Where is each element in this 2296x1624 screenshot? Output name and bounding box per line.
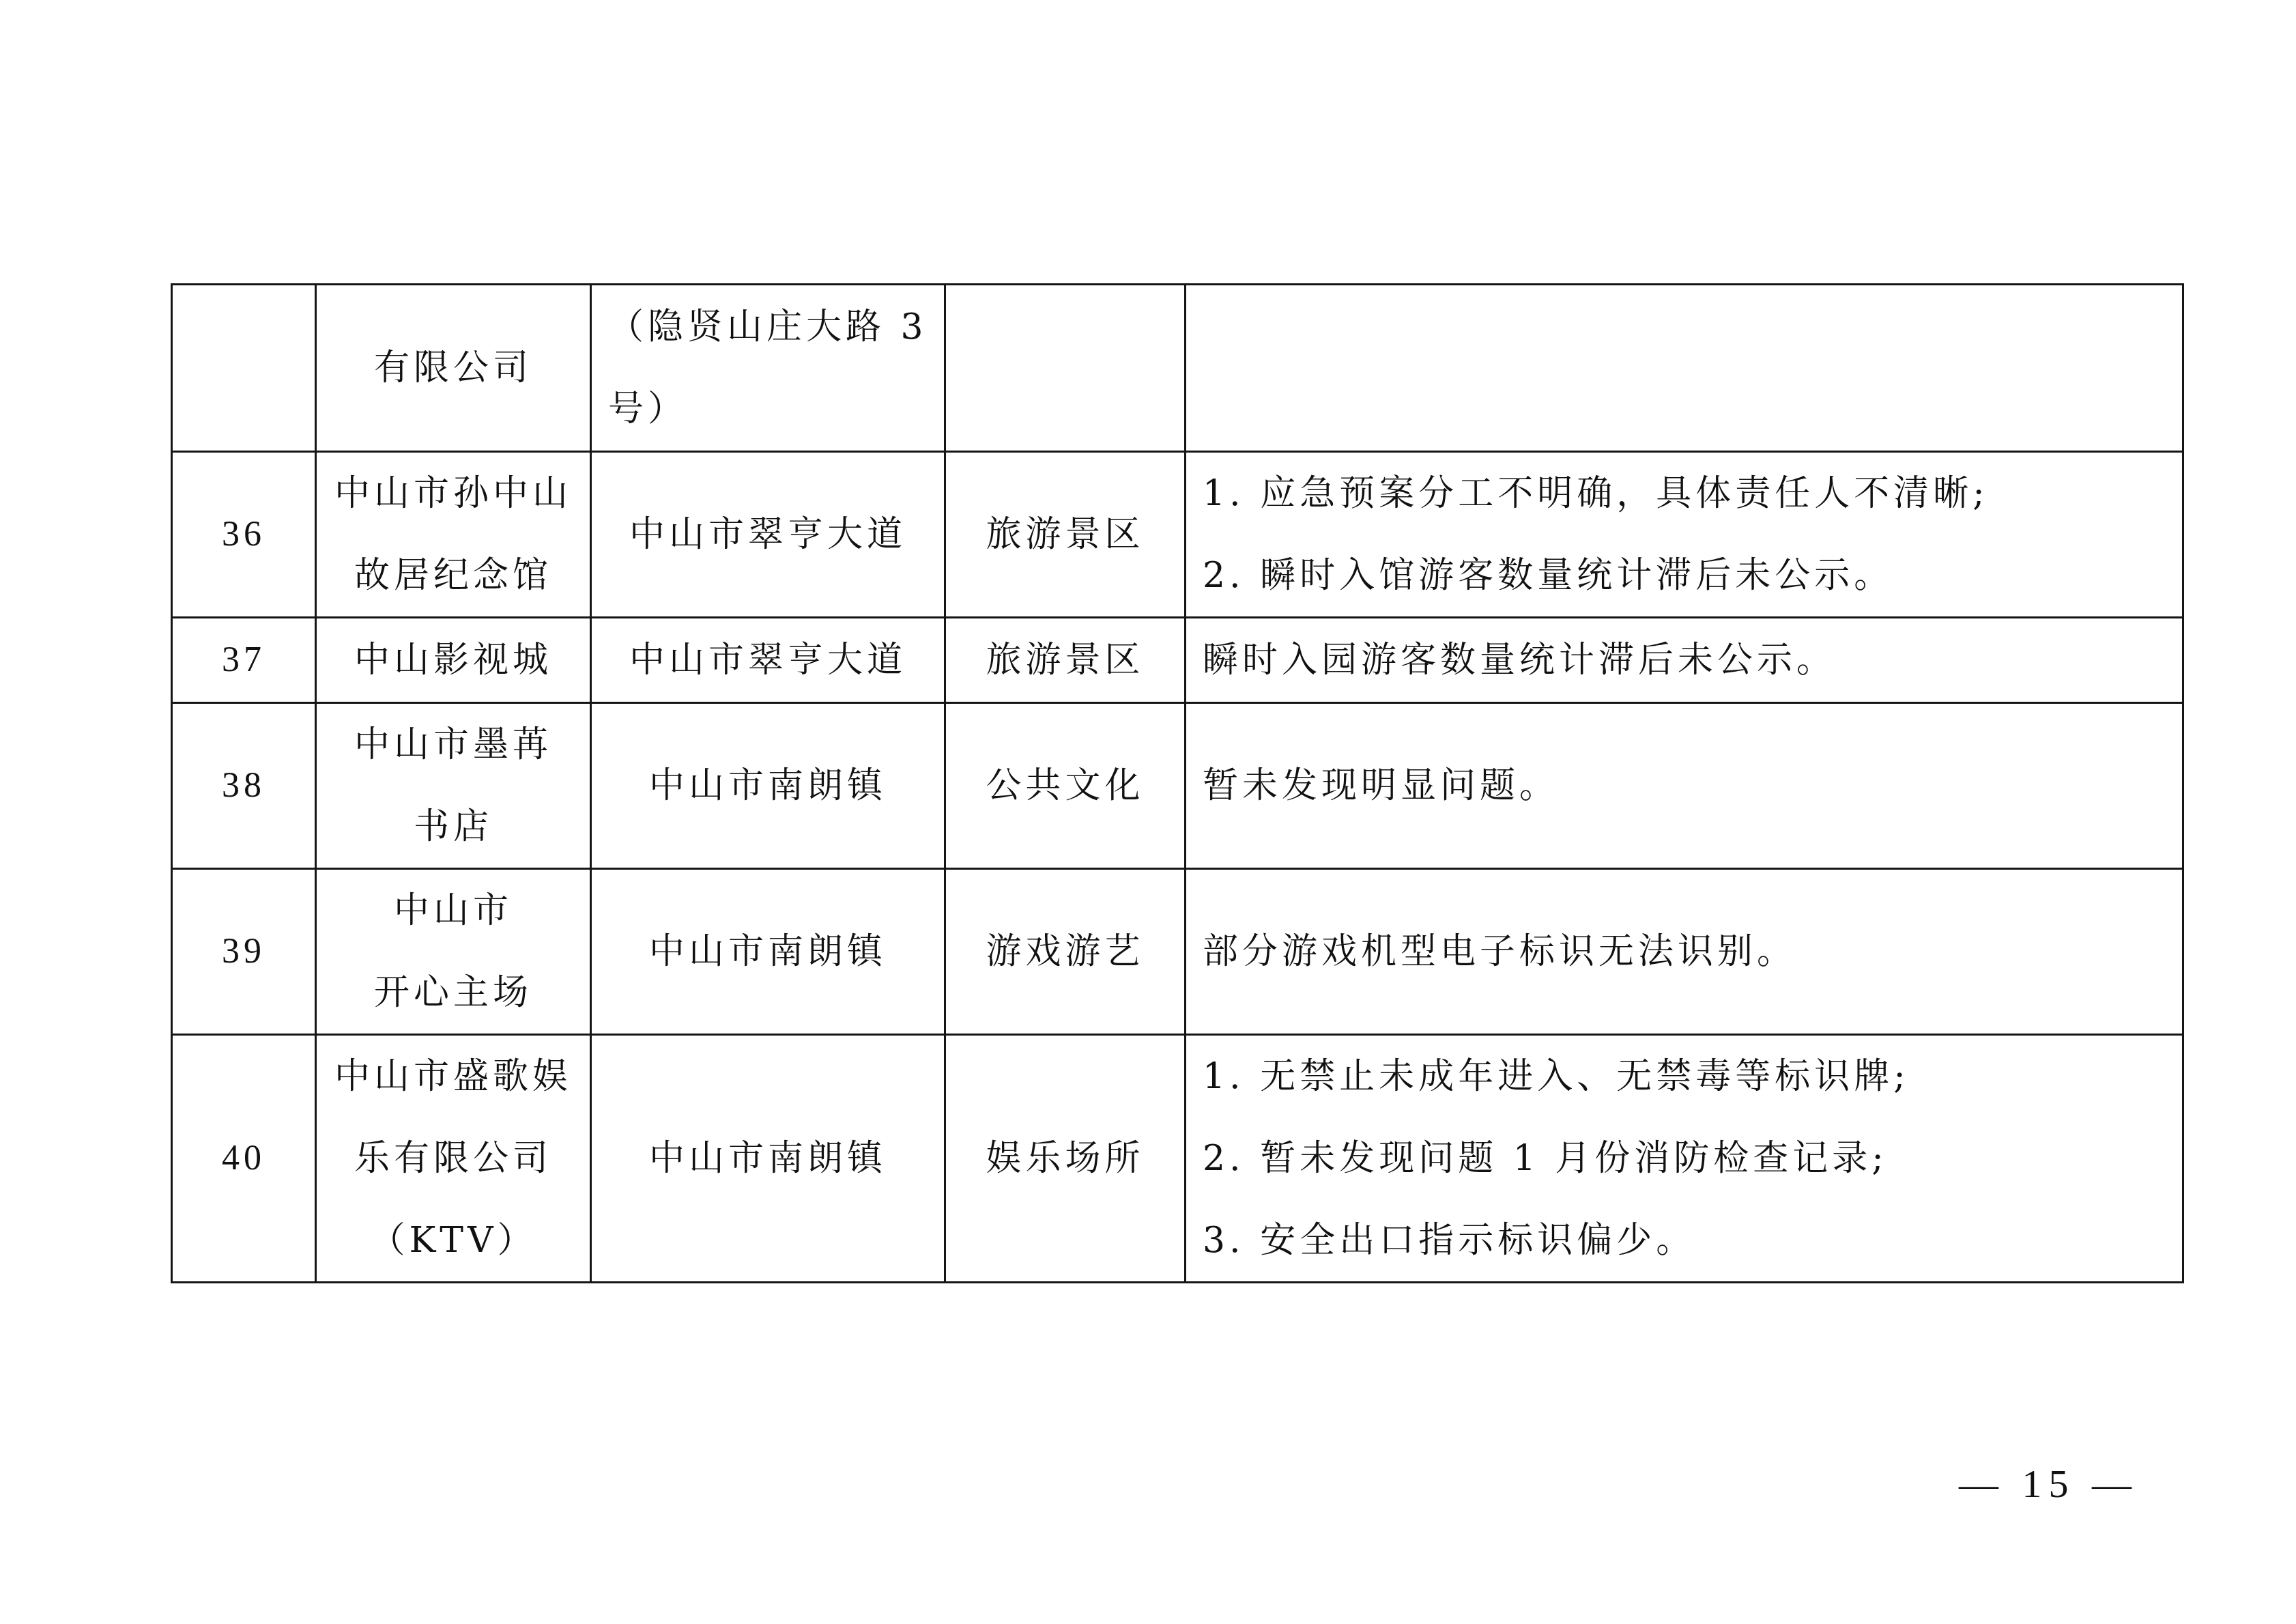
- cell-venue-name: 中山市墨苒 书店: [316, 703, 591, 869]
- issue-line: 暂未发现明显问题。: [1203, 745, 2166, 827]
- cell-category: 游戏游艺: [945, 869, 1186, 1035]
- page-number: — 15 —: [1959, 1461, 2138, 1507]
- issue-line: 2. 暂未发现问题 1 月份消防检查记录;: [1203, 1117, 2166, 1199]
- cell-address: 中山市南朗镇: [591, 1035, 945, 1283]
- address-line: 中山市翠亨大道: [608, 494, 928, 575]
- cell-category: 娱乐场所: [945, 1035, 1186, 1283]
- cell-issues: 瞬时入园游客数量统计滞后未公示。: [1186, 618, 2183, 703]
- cell-venue-name: 中山影视城: [316, 618, 591, 703]
- address-line: （隐贤山庄大路 3: [608, 286, 928, 368]
- cell-venue-name: 中山市孙中山 故居纪念馆: [316, 452, 591, 618]
- table-row: 38 中山市墨苒 书店 中山市南朗镇 公共文化 暂未发现明显问题。: [172, 703, 2183, 869]
- address-line: 中山市翠亨大道: [608, 623, 928, 698]
- cell-number: 40: [172, 1035, 316, 1283]
- venue-name-line: 中山市盛歌娱: [333, 1036, 573, 1117]
- venue-name-line: 中山市: [333, 870, 573, 952]
- issue-line: 1. 无禁止未成年进入、无禁毒等标识牌;: [1203, 1036, 2166, 1117]
- table-row: 40 中山市盛歌娱 乐有限公司 （KTV） 中山市南朗镇 娱乐场所 1. 无禁止…: [172, 1035, 2183, 1283]
- cell-issues: [1186, 285, 2183, 452]
- cell-venue-name: 中山市盛歌娱 乐有限公司 （KTV）: [316, 1035, 591, 1283]
- cell-issues: 暂未发现明显问题。: [1186, 703, 2183, 869]
- cell-category: [945, 285, 1186, 452]
- venue-name-line: 中山市墨苒: [333, 704, 573, 786]
- cell-number: 38: [172, 703, 316, 869]
- cell-issues: 部分游戏机型电子标识无法识别。: [1186, 869, 2183, 1035]
- venue-name-line: 有限公司: [333, 327, 573, 409]
- cell-number: [172, 285, 316, 452]
- table-row: 39 中山市 开心主场 中山市南朗镇 游戏游艺 部分游戏机型电子标识无法识别。: [172, 869, 2183, 1035]
- address-line: 中山市南朗镇: [608, 1117, 928, 1199]
- venue-name-line: 书店: [333, 786, 573, 868]
- cell-number: 37: [172, 618, 316, 703]
- issue-line: 3. 安全出口指示标识偏少。: [1203, 1199, 2166, 1281]
- issue-line: 瞬时入园游客数量统计滞后未公示。: [1203, 623, 2166, 698]
- issue-line: 2. 瞬时入馆游客数量统计滞后未公示。: [1203, 535, 2166, 616]
- cell-address: 中山市南朗镇: [591, 703, 945, 869]
- cell-venue-name: 有限公司: [316, 285, 591, 452]
- venue-name-line: （KTV）: [333, 1199, 573, 1281]
- cell-number: 36: [172, 452, 316, 618]
- address-line: 号）: [608, 368, 928, 450]
- cell-address: 中山市翠亨大道: [591, 618, 945, 703]
- venue-name-line: 开心主场: [333, 952, 573, 1034]
- cell-issues: 1. 无禁止未成年进入、无禁毒等标识牌; 2. 暂未发现问题 1 月份消防检查记…: [1186, 1035, 2183, 1283]
- cell-number: 39: [172, 869, 316, 1035]
- cell-address: 中山市南朗镇: [591, 869, 945, 1035]
- cell-category: 公共文化: [945, 703, 1186, 869]
- table-row-continued: 有限公司 （隐贤山庄大路 3 号）: [172, 285, 2183, 452]
- inspection-results-table: 有限公司 （隐贤山庄大路 3 号） 36 中山市孙中山 故居纪念馆 中: [171, 283, 2184, 1283]
- cell-venue-name: 中山市 开心主场: [316, 869, 591, 1035]
- address-line: 中山市南朗镇: [608, 745, 928, 827]
- issue-line: 1. 应急预案分工不明确，具体责任人不清晰;: [1203, 453, 2166, 535]
- table-row: 36 中山市孙中山 故居纪念馆 中山市翠亨大道 旅游景区 1. 应急预案分工不明…: [172, 452, 2183, 618]
- cell-category: 旅游景区: [945, 452, 1186, 618]
- cell-address: 中山市翠亨大道: [591, 452, 945, 618]
- venue-name-line: 中山影视城: [333, 623, 573, 698]
- cell-issues: 1. 应急预案分工不明确，具体责任人不清晰; 2. 瞬时入馆游客数量统计滞后未公…: [1186, 452, 2183, 618]
- venue-name-line: 中山市孙中山: [333, 453, 573, 535]
- issue-line: 部分游戏机型电子标识无法识别。: [1203, 911, 2166, 993]
- address-line: 中山市南朗镇: [608, 911, 928, 993]
- document-page: 有限公司 （隐贤山庄大路 3 号） 36 中山市孙中山 故居纪念馆 中: [0, 0, 2296, 1624]
- cell-category: 旅游景区: [945, 618, 1186, 703]
- venue-name-line: 故居纪念馆: [333, 535, 573, 616]
- venue-name-line: 乐有限公司: [333, 1117, 573, 1199]
- cell-address: （隐贤山庄大路 3 号）: [591, 285, 945, 452]
- table-row: 37 中山影视城 中山市翠亨大道 旅游景区 瞬时入园游客数量统计滞后未公示。: [172, 618, 2183, 703]
